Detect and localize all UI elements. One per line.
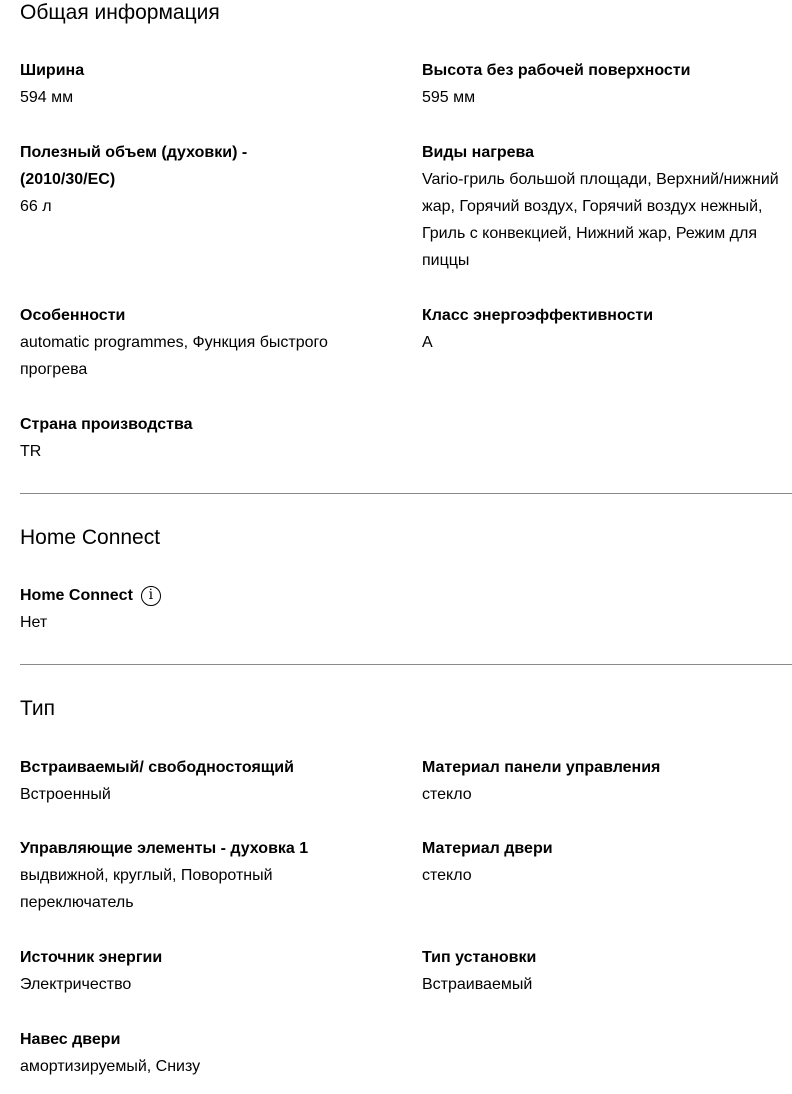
section-divider <box>20 664 792 665</box>
spec-label: Материал панели управления <box>422 754 792 781</box>
spec-label: Встраиваемый/ свободностоящий <box>20 754 390 781</box>
spec-width: Ширина 594 мм <box>20 57 390 111</box>
spec-label: Страна производства <box>20 411 390 438</box>
spec-value: 66 л <box>20 193 320 220</box>
spec-label: Навес двери <box>20 1026 390 1053</box>
spec-home-connect: Home Connect i Нет <box>20 582 390 636</box>
section-title-type: Тип <box>20 696 55 722</box>
spec-heating-modes: Виды нагрева Vario-гриль большой площади… <box>422 139 792 274</box>
info-circle-icon[interactable]: i <box>141 586 161 606</box>
spec-value: automatic programmes, Функция быстрого п… <box>20 329 330 383</box>
spec-energy-source: Источник энергии Электричество <box>20 944 390 998</box>
spec-value: TR <box>20 438 390 465</box>
spec-value: выдвижной, круглый, Поворотный переключа… <box>20 862 360 916</box>
spec-features: Особенности automatic programmes, Функци… <box>20 302 330 383</box>
spec-label: Управляющие элементы - духовка 1 <box>20 835 360 862</box>
section-title-general: Общая информация <box>20 0 220 26</box>
spec-value: A <box>422 329 792 356</box>
spec-control-panel-material: Материал панели управления стекло <box>422 754 792 808</box>
spec-label: Особенности <box>20 302 330 329</box>
spec-value: Встроенный <box>20 781 390 808</box>
spec-value: 594 мм <box>20 84 390 111</box>
spec-label: Тип установки <box>422 944 792 971</box>
spec-label: Высота без рабочей поверхности <box>422 57 792 84</box>
spec-label: Ширина <box>20 57 390 84</box>
spec-value: стекло <box>422 781 792 808</box>
spec-volume: Полезный объем (духовки) - (2010/30/EC) … <box>20 139 320 220</box>
spec-label: Виды нагрева <box>422 139 792 166</box>
spec-label: Полезный объем (духовки) - (2010/30/EC) <box>20 139 320 193</box>
spec-energy-class: Класс энергоэффективности A <box>422 302 792 356</box>
spec-value: Vario-гриль большой площади, Верхний/ниж… <box>422 166 792 274</box>
spec-value: 595 мм <box>422 84 792 111</box>
spec-door-hinge: Навес двери амортизируемый, Снизу <box>20 1026 390 1080</box>
section-title-home-connect: Home Connect <box>20 525 160 551</box>
spec-value: Нет <box>20 609 390 636</box>
spec-built-in: Встраиваемый/ свободностоящий Встроенный <box>20 754 390 808</box>
spec-value: Электричество <box>20 971 390 998</box>
spec-label: Источник энергии <box>20 944 390 971</box>
spec-height: Высота без рабочей поверхности 595 мм <box>422 57 792 111</box>
spec-label-row: Home Connect i <box>20 582 390 609</box>
spec-value: амортизируемый, Снизу <box>20 1053 390 1080</box>
spec-door-material: Материал двери стекло <box>422 835 792 889</box>
spec-value: Встраиваемый <box>422 971 792 998</box>
spec-country: Страна производства TR <box>20 411 390 465</box>
spec-installation-type: Тип установки Встраиваемый <box>422 944 792 998</box>
spec-controls: Управляющие элементы - духовка 1 выдвижн… <box>20 835 360 916</box>
spec-value: стекло <box>422 862 792 889</box>
section-divider <box>20 493 792 494</box>
spec-label: Home Connect <box>20 582 133 609</box>
spec-label: Материал двери <box>422 835 792 862</box>
spec-label: Класс энергоэффективности <box>422 302 792 329</box>
